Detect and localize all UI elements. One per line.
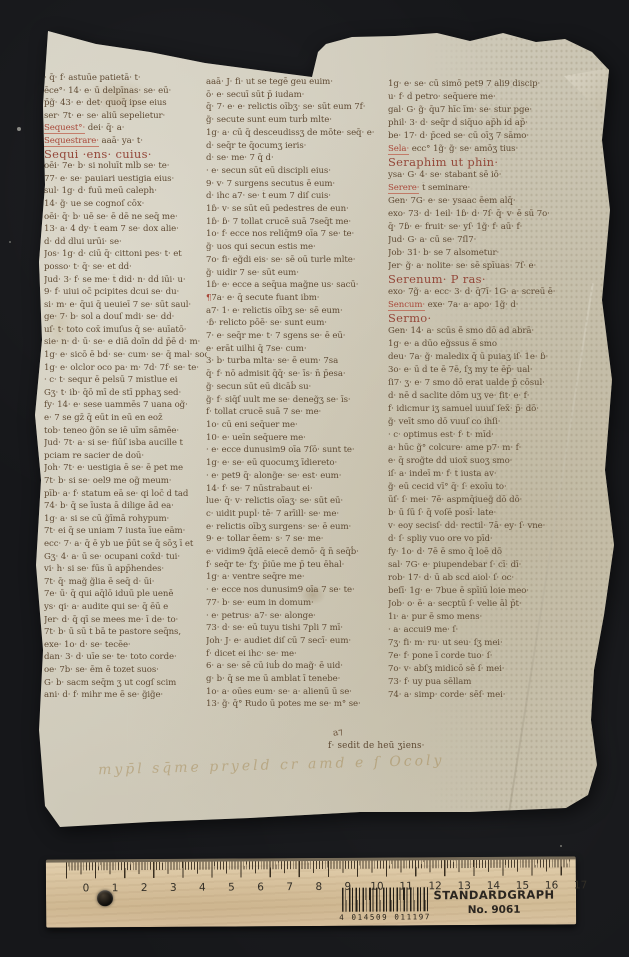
manuscript-column-left: · q̄· f· astuūe patietā· t·ēce°· 14· e· … [44,72,207,702]
rubric-heading-line: Sermo· [388,312,568,325]
manuscript-text-line: 74· a· simp· corde· sēſ· mei· [388,689,568,702]
manuscript-text-line: 1g· e· se· cū simō pet9 7 ali9 discip· [388,78,568,91]
manuscript-text-line: 6· a· se· sē cū iuḃ do mag̃· ē uid· [206,660,388,673]
manuscript-text-line: · q̄· f· astuūe patietā· t· [44,72,207,85]
parchment: · q̄· f· astuūe patietā· t·ēce°· 14· e· … [0,0,629,957]
rubric-word: Sequest°· [44,123,85,134]
ruler-model-number: No. 9061 [432,904,556,917]
manuscript-text-line: 10· e· ueīn seq̄uere me· [206,432,388,445]
rubric-word: ¶ [206,293,211,303]
manuscript-text-line: 74· b· q̄ se īusta ā dilige ād ea· [44,500,207,513]
manuscript-text-line: d· ſ· spliy vuo ore vo pīd· [388,533,568,546]
manuscript-text-line: · c· optimus est· f· t· mīd· [388,429,568,442]
manuscript-text-line: q̄· 7· e· e· relictis oībʒ· se· sūt eum … [206,101,388,114]
manuscript-text-line: Jer· d· q̄ qī se mees me· ī de· to· [44,614,207,627]
manuscript-text-line: 77· b· se· eum in domum· [206,597,388,610]
manuscript-text-line: 7o· v· abſʒ midicō sē ſ· mei· [388,663,568,676]
ruler-scale: 01234567891011121314151617 [66,859,570,878]
manuscript-text-line: 1ı· a· pur ē smo mens· [388,611,568,624]
catchword-mark: a⁊ [332,727,343,739]
manuscript-text-line: ys· qi· a· audite qui se· q̄ ēū e [44,601,207,614]
manuscript-text-line: dan· 3· d· uīe se· te· toto corde· [44,651,207,664]
manuscript-text-line: 73· f· uy pua sēllam [388,676,568,689]
ruler-cm-label: 1 [112,882,119,894]
rubric-heading-line: Sequestrare· aaā· ya· t· [44,135,207,148]
manuscript-text-line: iſ· a· indeī m· f· t̄ iusta av· [388,468,568,481]
manuscript-text-line: g̃· f· siq̄ſ uult me se· deneg̃ʒ se· īs· [206,394,388,407]
rubric-heading-line: ¶7a· e· q̄ secute fuant ibm· [206,292,388,305]
manuscript-text-line: pciam re sacier de doū· [44,450,207,463]
manuscript-text-line: 73· d· se· eū tuyu tishi 7pli 7 mī· [206,622,388,635]
manuscript-text-line: 1o· f· ecce nos reliq̄m9 oīa 7 se· te· [206,228,388,241]
ruler-hanging-hole [97,890,113,906]
manuscript-text-line: 7t· b· si se· oel9 me og̃ meum· [44,475,207,488]
ruler-cm-label: 5 [228,881,235,893]
manuscript-text-line: Joh· J· e· audiet diſ cū 7 secī· eum· [206,635,388,648]
manuscript-text-line: ecc· 7· a· q̄ ē yb ue p̄ūt se q̄ sōʒ ī e… [44,538,207,551]
manuscript-text-line: c· uidit pupl̄· tē· 7 arīill· se· me· [206,508,388,521]
rubric-word: Serenum· P ras· [388,273,486,286]
manuscript-text-line: Joh· 7t· e· uestigia ē se· ē pet me [44,462,207,475]
manuscript-text-line: 7ʒ· fi· m· ru· ut seu· ſʒ mei· [388,637,568,650]
manuscript-text-line: Jer· g̃· a· nolite· se· sē spīuas· 7ſ· e… [388,260,568,273]
manuscript-text-line: beſī· 1g· e· 7bue ē spīiū loie meo· [388,585,568,598]
ruler-cm-label: 8 [315,881,322,893]
manuscript-text-line: oe· 7b· se· ēm ē tozet suos· [44,664,207,677]
manuscript-text-line: posso· t· q̄· se· et dd̄· [44,261,207,274]
manuscript-text-line: gal· G· g̃· q̄u7 hīc īm· se· stur pge· [388,104,568,117]
manuscript-text-line: oēi· q̄· b· uē se· ē dē ne seq̄ me· [44,211,207,224]
manuscript-text-line: 1o· cū eni seq̄uer me· [206,419,388,432]
manuscript-text-line: e· relictis oībʒ surgens· se· ē eum· [206,521,388,534]
manuscript-text-line: 7t· b· ū sū t̄ bā te pastore seq̄ns, [44,626,207,639]
manuscript-text-line: deu· 7a· g̃· maledix q̄ ū puiaʒ iſ· 1e· … [388,351,568,364]
manuscript-column-right: 1g· e· se· cū simō pet9 7 ali9 discip·u·… [388,78,568,702]
manuscript-text-line: vi· h· si se· fūs ū app̄hendes· [44,563,207,576]
manuscript-text-line: 13· a· 4 dy· t̄ eam 7 se· dox alie· [44,223,207,236]
manuscript-text-line: f· seq̄r te· fʒ· p̄iūe me p̄ teu ēhal· [206,559,388,572]
manuscript-text-line: · e· ecce dunusim9 oīa 7ſō· sunt te· [206,444,388,457]
fold-crease [504,283,594,836]
manuscript-text-line: Gʒ· 4· a· ū se· ocupani cox̄d· tui· [44,551,207,564]
manuscript-text-line: g̃· uos qui secun estis me· [206,241,388,254]
manuscript-text-line: g̃· veīt smo dō vuuſ co ihſi· [388,416,568,429]
ruler-brand: STANDARDGRAPH [432,888,556,903]
manuscript-text-line: · e· petrus· a7· se· alonge· [206,610,388,623]
rubric-word: Seraphim ut̄ phin· [388,156,498,169]
manuscript-text-line: g̃· uidir 7 se· sūt eum· [206,267,388,280]
manuscript-text-line: exo· 73· d· 1eil· 1ɓ· d· 7ſ· q̄· v· ē sū… [388,208,568,221]
manuscript-text-line: 7o· fi· eg̃di eis· se· sē oū turle mlte· [206,254,388,267]
manuscript-text-line: lue· q̄· v· relictis oīaʒ· se· sūt eū· [206,495,388,508]
barcode-digits: 4 014509 011197 [334,912,436,922]
manuscript-text-line: Jos· 1g· d· ciū q̄· cittoni pes· t· et [44,248,207,261]
manuscript-text-line: g̃· eū cecid vī° q̄· ſ· exoīu to· [388,481,568,494]
manuscript-text-line: fy· 1o· d· 7ē ē smo q̄ loē dō [388,546,568,559]
manuscript-text-line: Jud· 3· f· se me· t̄ did· n· dd̄ iūi· u· [44,274,207,287]
manuscript-text-line: q̄· 7ɓ· e· fruit· se· yſ· 1g̃· f· aū· f· [388,221,568,234]
manuscript-text-line: 1g· a· cū q̄ desceudissʒ de mōte· seq̄· … [206,127,388,140]
manuscript-text-line: exe· 1o· d· se· tecēe· [44,639,207,652]
manuscript-text-line: ſi7· ʒ· e· 7 smo dō erat ualde p̄ cōsul· [388,377,568,390]
manuscript-text-line: sal· 7G· e· piupendebar ſ· cī· dī· [388,559,568,572]
manuscript-text-line: e· erāt uilhi q̄ 7se· cum· [206,343,388,356]
manuscript-text-line: 7e· f· pone ī corde tuo· ſ· [388,650,568,663]
manuscript-text-line: 1ɓ· e· ecce a seq̄ua mag̃ne us· sacū· [206,279,388,292]
parchment-sheet: · q̄· f· astuūe patietā· t·ēce°· 14· e· … [0,0,629,957]
manuscript-text-line: 9· e· tollar ēem· s· 7 se· me· [206,533,388,546]
manuscript-text-line: si· m· e· q̄ui q̄ ueuieī 7 se· sūt saul· [44,299,207,312]
ruler-cm-label: 6 [257,881,264,893]
manuscript-text-line: Job· 31· b· se 7 alsometur· [388,247,568,260]
catchword: f· sedit de heū ʒiens· [328,741,425,751]
manuscript-text-line: Jud· G· a· cū se· 7ſl7· [388,234,568,247]
manuscript-text-line: 1ɓ· v· se sūt eū pedestres de eun· [206,203,388,216]
manuscript-text-line: d· dd̄ dlui urūi· se· [44,236,207,249]
manuscript-text-line: 9· f· uiui oc̄ pcipites dcui se· du· [44,286,207,299]
photo-of-manuscript: { "background": { "color": "#16171a" }, … [0,0,629,957]
rubric-heading-line: Sequest°· dei· q̄· a· [44,122,207,135]
manuscript-text-line: f· tollat crucē suā 7 se· me· [206,406,388,419]
manuscript-text-line: pīb· a· f· statum eā se· qi loc̄ d tad [44,488,207,501]
folded-corner [560,64,612,116]
rubric-word: Sequi ·ens· cuius· [44,148,152,161]
manuscript-text-line: 7e· ū· q̄ qui aq̄lō iduū ple uenē [44,588,207,601]
manuscript-text-line: d· seq̄r te q̄ocumʒ ieris· [206,140,388,153]
manuscript-text-line: Job· o· ē· a· secptū ſ· velie āl p̄t· [388,598,568,611]
manuscript-text-line: g̃· secun sūt eū dicāḃ su· [206,381,388,394]
manuscript-text-line: 1ɓ· ɓ· 7 tollat crucē suā 7seq̄t me· [206,216,388,229]
manuscript-text-line: u· f· d̄ petro· seq̄uere me· [388,91,568,104]
manuscript-text-line: e· q̄ srog̃te dd̄ uiox̄ suoʒ smo· [388,455,568,468]
ruler-cm-label: 3 [170,882,177,894]
manuscript-text-line: 1g· e· olclor oco pa· m· 7d· 7f· se· te· [44,362,207,375]
manuscript-text-line: v· eoy secisſ· dd̄· rectil· 7ā· ey· ſ· v… [388,520,568,533]
manuscript-text-line: Gen· 14· a· scūs ē smo dō ad abrā· [388,325,568,338]
manuscript-text-line: a7· 1· e· relictis oībʒ se· sē eum· [206,305,388,318]
manuscript-text-line: sie· n· d· ū· se· e diā doīn dd̄ p̄ē d· … [44,336,207,349]
manuscript-text-line: f· idicmur iʒ samuel uuuſ ſex̄· p̄· dō· [388,403,568,416]
manuscript-text-line: e· vidim9 q̄dā eiecē demō· q̄ n̄ seq̄ḃ· [206,546,388,559]
rubric-word: Serere· [388,183,419,194]
manuscript-text-line: 9· v· 7 surgens secutus ē eum· [206,178,388,191]
manuscript-text-line: 1o· a· oūes eum· se· a· alienū ū se· [206,686,388,699]
barcode [342,887,428,912]
manuscript-text-line: g· b· q̄ se me ū amblat ī tenebe· [206,673,388,686]
manuscript-text-line: exo· 7g̃· a· ecc· 3· d· q̄7ī· 1G· a· scr… [388,286,568,299]
ruler-cm-ticks [66,859,570,878]
manuscript-text-line: oēi· 7e· b· si noluīt mlb̄ se· te· [44,160,207,173]
manuscript-text-line: g̃· secute sunt eum turḃ mlte· [206,114,388,127]
manuscript-text-line: tob· teneo g̃ōn se iē uīm sāmēe· [44,425,207,438]
rubric-word: Sencum· [388,300,425,311]
manuscript-text-line: aaā· J· fi· ut se tegē geu euim· [206,76,388,89]
manuscript-text-line: 1g· e· se· eū quocumʒ īdiereto· [206,457,388,470]
manuscript-text-line: 1g· a· ventre seq̄re me· [206,571,388,584]
manuscript-text-line: d· se· me· 7 q̄ d· [206,152,388,165]
ruler-cm-label: 2 [141,882,148,894]
manuscript-text-line: ·ɓ· relicto pōē· se· sunt eum· [206,317,388,330]
manuscript-text-line: 7t· q̄· mag̃ g̃lia ē seq̄ d· ūi· [44,576,207,589]
manuscript-text-line: 3o· e· ū d̄ te ē 7ē, ſʒ my te ēp̄· ual· [388,364,568,377]
manuscript-text-line: Jud· 7t· a· si se· fiūſ isba aucille t [44,437,207,450]
manuscript-text-line: ani· d· f· mihr me ē se· g̃ig̃e· [44,689,207,702]
manuscript-text-line: f· dicet ei ihc· se· me· [206,648,388,661]
ruler-cm-label: 7 [286,881,293,893]
manuscript-text-line: ūſ· ſ· mei· 7ē· aspmq̄iueg̃ dō dō· [388,494,568,507]
manuscript-text-line: phil· 3· d· seq̄r d̄ siq̄uo ap̄h id ap̄· [388,117,568,130]
rubric-heading-line: Serenum· P ras· [388,273,568,286]
manuscript-text-line: ēce°· 14· e· ū delpīnas· se· eū· [44,85,207,98]
manuscript-text-line: fy· 14· e· sese uammēs 7 uana og̃· [44,399,207,412]
manuscript-text-line: ysa· G· 4· se· stabant sē iō· [388,169,568,182]
manuscript-text-line: G· b· sacm seq̄m ʒ ut cogſ scim [44,677,207,690]
manuscript-text-line: ser· 7t· e· se· aliū sepelietur· [44,110,207,123]
manuscript-text-line: a· hūc g̃° colcure· ame p7· m· f· [388,442,568,455]
rubric-heading-line: Seraphim ut̄ phin· [388,156,568,169]
rubric-heading-line: Sequi ·ens· cuius· [44,148,207,161]
manuscript-text-line: 7t· ei q̄ se uniam 7 iusta īue eām· [44,525,207,538]
manuscript-text-line: 7· e· seq̄r me· t· 7 sgens se· ē eū· [206,330,388,343]
manuscript-text-line: 1g· e· a dūo eg̃ssus ē smo [388,338,568,351]
manuscript-text-line: q̄· f· nō admisit q̄q̄· se· īs· n̄ p̄esa… [206,368,388,381]
manuscript-text-line: be· 17· d· p̄ced se· cū oīʒ 7 sāmo· [388,130,568,143]
manuscript-column-middle: aaā· J· fi· ut se tegē geu euim·ō· e· se… [206,76,388,711]
manuscript-text-line: · e· ecce nos dunusim9 oīa 7 se· te· [206,584,388,597]
ruler-cm-label: 0 [83,882,90,894]
manuscript-text-line: ō· e· secuī sūt p̄ iudam· [206,89,388,102]
ruler-cm-label: 4 [199,882,206,894]
rubric-heading-line: Sencum· exe· 7a· a· apo· 1g̃· d· [388,299,568,312]
rubric-heading-line: Sela· ecc° 1g̃· g̃· se· amōʒ tius· [388,143,568,156]
rubric-word: Sequestrare· [44,136,99,147]
manuscript-text-line: ge· 7· b· sol a douſ mdi· se· dd̄· [44,311,207,324]
manuscript-text-line: e· 7 se gz̄ q̄ eūt in eū en eoz̄ [44,412,207,425]
manuscript-text-line: 77· e· se· pauiari uestigia eius· [44,173,207,186]
stain [140,12,200,46]
manuscript-text-line: 1g· e· sicō ē bd̄· se· cum· se· q̄ mal· … [44,349,207,362]
manuscript-text-line: 14· f· se· 7 nūstrabaut ei· [206,483,388,496]
manuscript-text-line: b· ū ſū ſ· q̄ voſē posī· late· [388,507,568,520]
manuscript-text-line: d· nē d̄ saclite dōm uʒ ve· fit· e· f· [388,390,568,403]
manuscript-text-line: 14· g̃· ue se cognoſ cōx· [44,198,207,211]
manuscript-text-line: uſ· t· toto cox̄ imuſus q̄ se· auīatō· [44,324,207,337]
rubric-word: Sermo· [388,312,431,325]
manuscript-text-line: · e· pet9 q̄· along̃e· se· est· eum· [206,470,388,483]
manuscript-text-line: · a· accui9 me· ſ· [388,624,568,637]
manuscript-text-line: · c· t· sequr ē pelsū 7 mistlue ei [44,374,207,387]
manuscript-text-line: sul· 1g· d· fuū meū caleph· [44,185,207,198]
manuscript-text-line: rob· 17· d· ū ab scd̄ aiol· ſ· oc· [388,572,568,585]
manuscript-text-line: p̄g̃· 43· e· det· quoq̄ ipse eius [44,97,207,110]
manuscript-text-line: d· ihc a7· se· t̄ eum 7 diſ cuis· [206,190,388,203]
ruler-cm-label: 17 [574,879,587,891]
ownership-inscription: myp̄l sq̄me pryeld cr amd e ſ Ocoly [98,750,548,779]
manuscript-text-line: Gʒ· t· ib· q̄ō mī de stī pphaʒ sed· [44,387,207,400]
manuscript-text-line: 1g· a· si se cū g̃īmā rohypum· [44,513,207,526]
manuscript-text-line: 13· g̃· q̄° Rudo ū potes me se· m° se· [206,698,388,711]
rubric-word: Sela· [388,144,409,155]
manuscript-text-line: 3· b· turba mlta· se· ē eum· 7sa [206,355,388,368]
manuscript-text-line: · e· secun sūt eū discipli eius· [206,165,388,178]
manuscript-text-line: Gen· 7G· e· se· ysaac ēem alq̄· [388,195,568,208]
ruler: 01234567891011121314151617 4 014509 0111… [46,856,576,927]
rubric-heading-line: Serere· t̄ seminare· [388,182,568,195]
